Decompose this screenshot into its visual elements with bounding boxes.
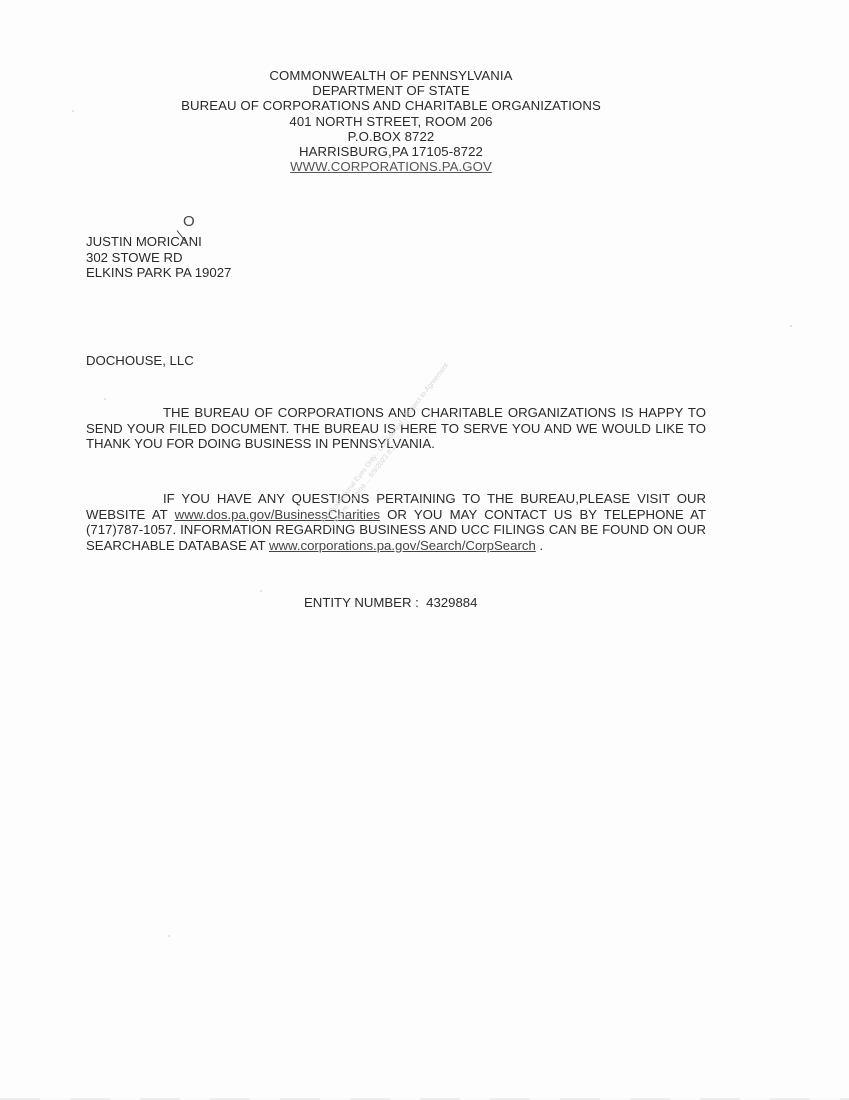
entity-number-value: 4329884: [426, 595, 477, 610]
recipient-city-state-zip: ELKINS PARK PA 19027: [86, 265, 231, 281]
letterhead-line: 401 NORTH STREET, ROOM 206: [0, 114, 782, 129]
scan-speck: [168, 935, 170, 937]
letterhead-website-link[interactable]: WWW.CORPORATIONS.PA.GOV: [0, 159, 782, 174]
scan-speck: [260, 590, 262, 592]
entity-number-label: ENTITY NUMBER :: [304, 595, 419, 610]
entity-number: ENTITY NUMBER : 4329884: [304, 595, 477, 610]
letterhead-line: P.O.BOX 8722: [0, 129, 782, 144]
recipient-street: 302 STOWE RD: [86, 250, 231, 266]
letterhead: COMMONWEALTH OF PENNSYLVANIA DEPARTMENT …: [0, 68, 782, 174]
scan-speck: [790, 325, 792, 327]
corp-search-link[interactable]: www.corporations.pa.gov/Search/CorpSearc…: [269, 538, 536, 553]
scan-speck: [104, 398, 106, 400]
letterhead-line: BUREAU OF CORPORATIONS AND CHARITABLE OR…: [0, 98, 782, 113]
recipient-address: JUSTIN MORICANI O 302 STOWE RD ELKINS PA…: [86, 234, 231, 281]
letterhead-line: HARRISBURG,PA 17105-8722: [0, 144, 782, 159]
entity-name: DOCHOUSE, LLC: [86, 353, 194, 368]
letter-page: COMMONWEALTH OF PENNSYLVANIA DEPARTMENT …: [0, 0, 849, 1100]
contact-paragraph: IF YOU HAVE ANY QUESTIONS PERTAINING TO …: [86, 491, 706, 553]
letterhead-line: COMMONWEALTH OF PENNSYLVANIA: [0, 68, 782, 83]
letterhead-line: DEPARTMENT OF STATE: [0, 83, 782, 98]
paragraph-text: .: [536, 538, 543, 553]
scan-speck: [72, 110, 74, 112]
handwritten-correction: O: [183, 214, 195, 230]
